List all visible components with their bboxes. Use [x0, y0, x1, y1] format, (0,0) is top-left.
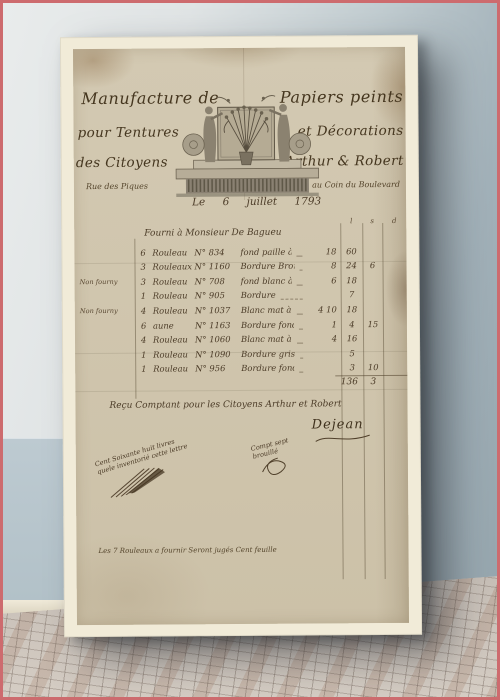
number-cell: N° 834	[194, 246, 240, 259]
dash-leader	[296, 306, 303, 315]
number-cell: N° 905	[195, 289, 241, 302]
wheat-sheaf-emblem-icon	[173, 75, 321, 198]
account-intro: Fourni à Monsieur De Bagueu	[144, 228, 281, 239]
description-cell: Bordure Bronze et violet à	[240, 260, 294, 273]
dash-leader	[300, 262, 303, 271]
number-cell: N° 1160	[194, 260, 240, 273]
description-cell: Bordure	[241, 289, 276, 302]
receipt-line: Reçu Comptant pour les Citoyens Arthur e…	[109, 399, 341, 411]
bottom-note: Les 7 Rouleaux a fournir Seront jugés Ce…	[98, 546, 276, 555]
unit-cell: aune	[153, 319, 195, 332]
signature-flourish-icon	[314, 432, 372, 444]
qty-cell: 6	[140, 246, 152, 259]
account-table: 6 Rouleau N° 834 fond paille à 18 60 3 R…	[74, 243, 407, 377]
number-cell: N° 956	[195, 362, 241, 375]
livres-cell: 18	[341, 274, 363, 287]
qty-cell: 3	[141, 275, 153, 288]
number-cell: N° 1090	[195, 348, 241, 361]
description-cell: fond paille à	[240, 245, 291, 258]
annotation-right: Compt sept brouillé	[250, 435, 300, 482]
dash-leader	[299, 364, 303, 373]
letterhead-line4-right: au Coin du Boulevard	[312, 180, 400, 190]
unit-cell: Rouleau	[152, 246, 194, 259]
total-deniers	[383, 377, 407, 387]
dash-leader	[281, 291, 303, 300]
qty-cell: 6	[141, 319, 153, 332]
number-cell: N° 1060	[195, 333, 241, 346]
letterhead-line2-left: pour Tentures	[78, 124, 180, 141]
letterhead-line4-left: Rue des Piques	[86, 182, 148, 191]
unit-cell: Rouleau	[153, 275, 195, 288]
livres-cell: 3	[341, 361, 363, 374]
wall-wainscot-panel	[0, 438, 64, 602]
livres-cell: 4	[341, 318, 363, 331]
dash-leader	[297, 247, 303, 256]
unit-cell: Rouleau	[153, 304, 195, 317]
unit-cell: Rouleau	[153, 290, 195, 303]
description-cell: fond blanc à	[241, 274, 292, 287]
price-cell: 18	[306, 245, 340, 258]
price-cell: 8	[306, 259, 340, 272]
livres-cell: 60	[340, 245, 362, 258]
table-row: 1 Rouleau N° 956 Bordure fond brun 3 10	[75, 360, 407, 377]
sols-cell: 15	[363, 318, 383, 331]
qty-cell: 1	[141, 363, 153, 376]
unit-cell: Rouleau	[153, 333, 195, 346]
livres-cell: 5	[341, 347, 363, 360]
invoice-paper: Manufacture de Papiers peints pour Tentu…	[73, 47, 409, 625]
price-cell: 1	[307, 318, 341, 331]
column-header-livres: l	[340, 217, 362, 225]
qty-cell: 1	[141, 290, 153, 303]
sols-cell: 10	[363, 361, 383, 374]
letterhead-line3-left: des Citoyens	[76, 155, 168, 172]
photo-scene: Manufacture de Papiers peints pour Tentu…	[0, 0, 500, 700]
description-cell: Blanc mat à	[241, 333, 292, 346]
unit-cell: Rouleau	[153, 348, 195, 361]
description-cell: Blanc mat à	[241, 304, 292, 317]
qty-cell: 3	[140, 261, 152, 274]
column-header-deniers: d	[382, 217, 406, 225]
paper-crease-horizontal	[75, 389, 407, 392]
dash-leader	[299, 320, 303, 329]
dash-leader	[300, 349, 303, 358]
sols-cell: 6	[362, 259, 382, 272]
number-cell: N° 708	[195, 275, 241, 288]
dash-leader	[297, 276, 303, 285]
unit-cell: Rouleau	[153, 363, 195, 376]
description-cell: Bordure grise et verte	[241, 347, 295, 360]
price-cell: 6	[307, 274, 341, 287]
total-row: 136 3	[335, 375, 407, 388]
livres-cell: 16	[341, 332, 363, 345]
livres-cell: 18	[341, 303, 363, 316]
description-cell: Bordure fond brun à	[241, 318, 294, 331]
price-cell: 4 10	[307, 303, 341, 316]
date-line: Le 6 juillet 1793	[192, 195, 321, 208]
signature: Dejean	[312, 417, 364, 432]
total-livres: 136	[335, 377, 363, 387]
annotation-left: Cent Soixante huit livres quele inventor…	[94, 434, 196, 501]
description-cell: Bordure fond brun	[241, 362, 294, 375]
number-cell: N° 1037	[195, 304, 241, 317]
column-header-sols: s	[362, 217, 382, 225]
dash-leader	[297, 335, 304, 344]
margin-note: Non fourny	[80, 276, 136, 289]
total-sols: 3	[363, 377, 383, 387]
price-cell: 4	[307, 332, 341, 345]
artwork-mat-board: Manufacture de Papiers peints pour Tentu…	[60, 35, 422, 637]
margin-note: Non fourny	[80, 305, 136, 318]
qty-cell: 1	[141, 348, 153, 361]
unit-cell: Rouleaux	[152, 261, 194, 274]
qty-cell: 4	[141, 305, 153, 318]
qty-cell: 4	[141, 334, 153, 347]
number-cell: N° 1163	[195, 319, 241, 332]
livres-cell: 24	[340, 259, 362, 272]
livres-cell: 7	[341, 289, 363, 302]
